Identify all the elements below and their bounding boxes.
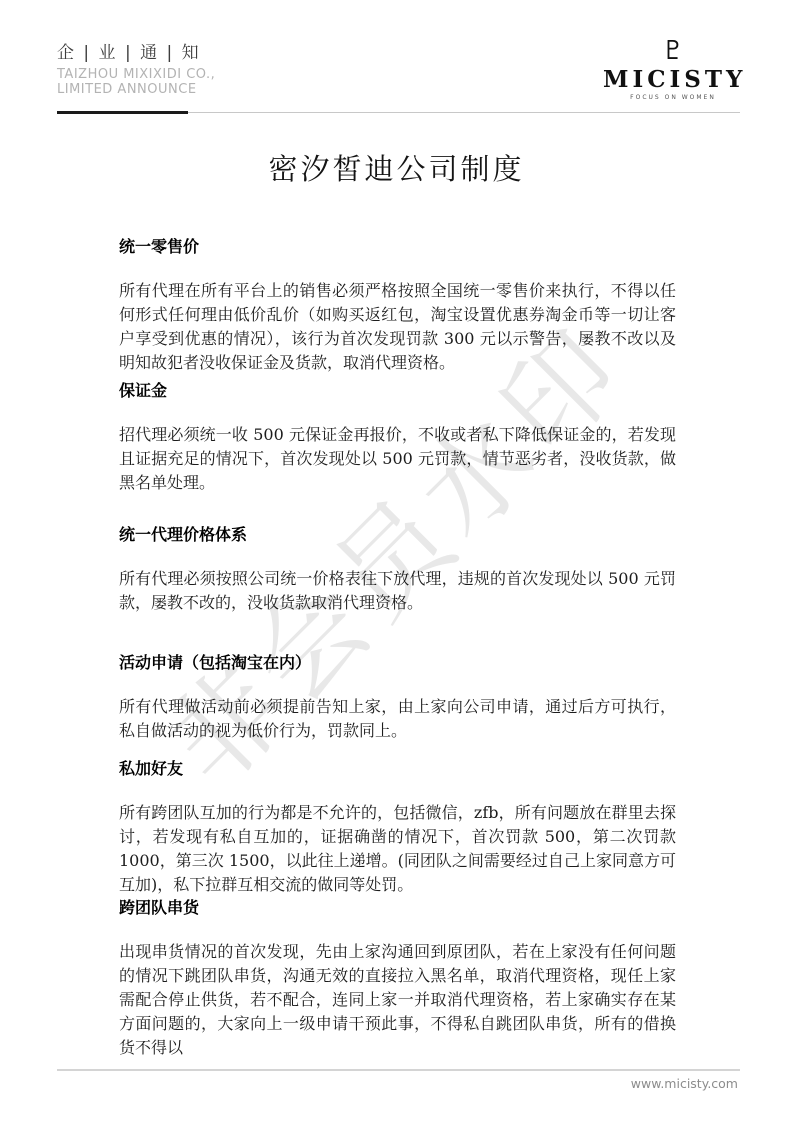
section-activity-application: 活动申请（包括淘宝在内） 所有代理做活动前必须提前告知上家，由上家向公司申请，通… bbox=[119, 652, 676, 743]
brand-logo: ♇ MICISTY FOCUS ON WOMEN bbox=[603, 38, 743, 101]
section-body: 所有跨团队互加的行为都是不允许的，包括微信，zfb，所有问题放在群里去探讨，若发… bbox=[119, 801, 676, 897]
section-heading: 跨团队串货 bbox=[119, 897, 676, 919]
section-heading: 私加好友 bbox=[119, 758, 676, 780]
section-unified-agent-pricing: 统一代理价格体系 所有代理必须按照公司统一价格表往下放代理，违规的首次发现处以 … bbox=[119, 524, 676, 615]
footer-url: www.micisty.com bbox=[631, 1076, 738, 1091]
section-heading: 统一零售价 bbox=[119, 236, 676, 258]
header-rule-dark-segment bbox=[57, 111, 188, 114]
section-body: 所有代理必须按照公司统一价格表往下放代理，违规的首次发现处以 500 元罚款，屡… bbox=[119, 567, 676, 615]
section-unified-retail-price: 统一零售价 所有代理在所有平台上的销售必须严格按照全国统一零售价来执行，不得以任… bbox=[119, 236, 676, 375]
section-private-friend-adding: 私加好友 所有跨团队互加的行为都是不允许的，包括微信，zfb，所有问题放在群里去… bbox=[119, 758, 676, 897]
footer-rule bbox=[57, 1069, 740, 1071]
section-heading: 活动申请（包括淘宝在内） bbox=[119, 652, 676, 674]
section-body: 所有代理在所有平台上的销售必须严格按照全国统一零售价来执行，不得以任何形式任何理… bbox=[119, 279, 676, 375]
header-left: 企 | 业 | 通 | 知 TAIZHOU MIXIXIDI CO., LIMI… bbox=[57, 38, 215, 97]
company-notice-zh: 企 | 业 | 通 | 知 bbox=[57, 38, 215, 63]
section-body: 出现串货情况的首次发现，先由上家沟通回到原团队，若在上家没有任何问题的情况下跳团… bbox=[119, 940, 676, 1060]
document-page: 非会员水印 企 | 业 | 通 | 知 TAIZHOU MIXIXIDI CO.… bbox=[0, 0, 793, 1122]
page-title: 密汐皙迪公司制度 bbox=[0, 147, 793, 188]
company-name-en-line1: TAIZHOU MIXIXIDI CO., bbox=[57, 67, 215, 82]
section-heading: 统一代理价格体系 bbox=[119, 524, 676, 546]
section-cross-team-goods: 跨团队串货 出现串货情况的首次发现，先由上家沟通回到原团队，若在上家没有任何问题… bbox=[119, 897, 676, 1060]
section-body: 招代理必须统一收 500 元保证金再报价，不收或者私下降低保证金的，若发现且证据… bbox=[119, 423, 676, 495]
section-body: 所有代理做活动前必须提前告知上家，由上家向公司申请，通过后方可执行，私自做活动的… bbox=[119, 695, 676, 743]
brand-tagline: FOCUS ON WOMEN bbox=[603, 94, 743, 101]
section-heading: 保证金 bbox=[119, 380, 676, 402]
brand-name: MICISTY bbox=[603, 66, 743, 93]
header-rule-light-segment bbox=[188, 112, 740, 113]
brand-mark-icon: ♇ bbox=[603, 38, 743, 64]
header-rule bbox=[57, 111, 740, 114]
company-name-en-line2: LIMITED ANNOUNCE bbox=[57, 82, 215, 97]
section-deposit: 保证金 招代理必须统一收 500 元保证金再报价，不收或者私下降低保证金的，若发… bbox=[119, 380, 676, 495]
